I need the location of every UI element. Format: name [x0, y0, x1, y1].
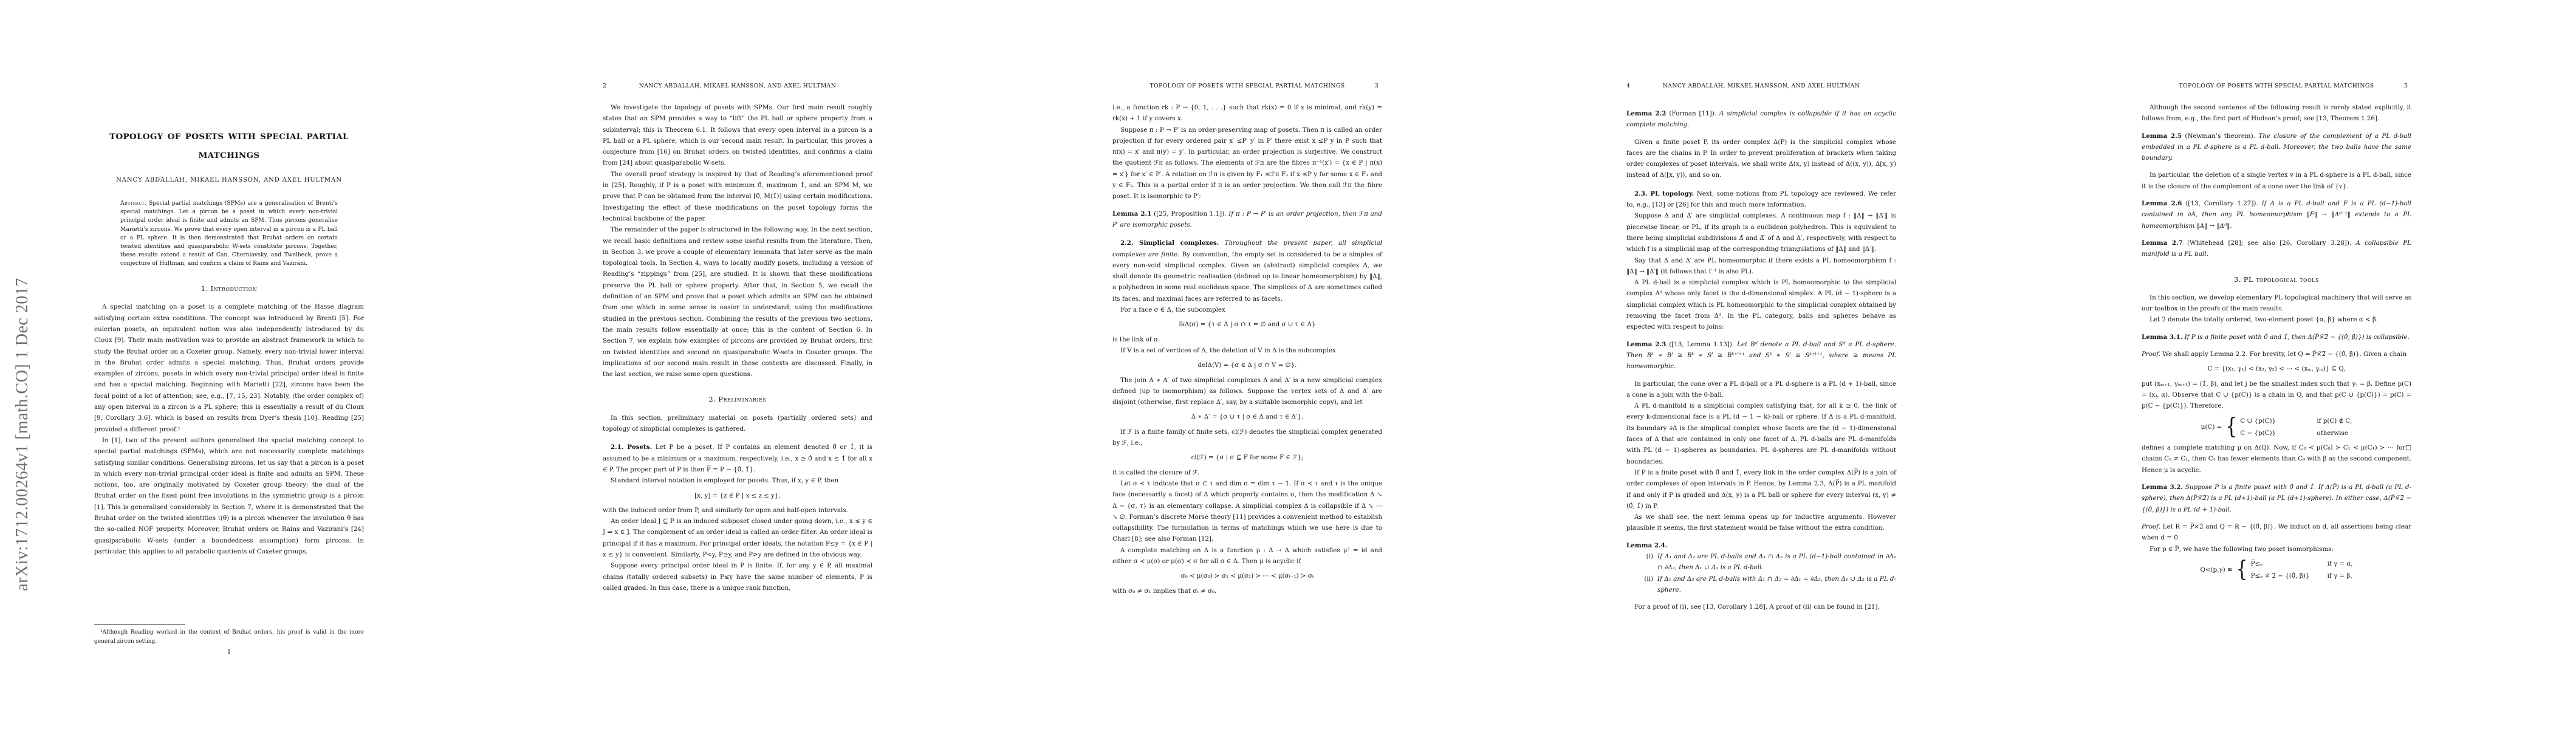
item-marker: (ii) [1637, 573, 1657, 596]
lemma-label: Lemma 2.4. [1626, 542, 1667, 549]
header-page-number-right [865, 83, 872, 89]
header-page-number-right [1889, 83, 1896, 89]
paragraph-text: An order ideal J ⊆ P is an induced subpo… [603, 518, 872, 558]
subsection-label: 2.1. Posets. [611, 443, 652, 451]
lemma-label: Lemma 3.2. [2142, 484, 2183, 491]
display-equation: [x, y] = {z ∈ P | x ≤ z ≤ y}, [603, 490, 872, 501]
display-equation: lkΔ(σ) = {τ ∈ Δ | σ ∩ τ = ∅ and σ ∪ τ ∈ … [1112, 319, 1382, 330]
subsection-label: 2.2. Simplicial complexes. [1120, 239, 1219, 247]
page-1: TOPOLOGY OF POSETS WITH SPECIAL PARTIAL … [94, 0, 364, 729]
paragraph-text: with σ₀ ≠ σ₁ implies that σₜ ≠ σ₀. [1112, 587, 1216, 595]
paragraph: In particular, the deletion of a single … [2142, 169, 2411, 192]
paragraph-text: In this section, preliminary material on… [603, 414, 872, 433]
lemma: Lemma 2.7 (Whitehead [28]; see also [26,… [2142, 238, 2411, 260]
case-condition: if γ = α, [2328, 558, 2353, 569]
paragraph-text: Suppose every principal order ideal in P… [603, 562, 872, 592]
lemma: Lemma 2.2 (Forman [11]). A simplicial co… [1626, 108, 1896, 131]
header-page-number-right: 3 [1375, 83, 1382, 89]
paragraph-text: In [1], two of the present authors gener… [94, 437, 364, 555]
paragraph-text: If V is a set of vertices of Δ, the dele… [1120, 347, 1336, 354]
running-header: TOPOLOGY OF POSETS WITH SPECIAL PARTIAL … [2142, 83, 2411, 89]
lemma-label: Lemma 3.1. [2142, 334, 2182, 341]
lemma: Lemma 3.1. If P is a finite poset with 0… [2142, 332, 2411, 343]
cases-lhs: Q<(p,γ) ≅ [2200, 564, 2232, 575]
cases-brace: { [2225, 416, 2237, 438]
paragraph-text: As we shall see, the next lemma opens up… [1626, 513, 1896, 532]
case-value: C − {p(C)} [2240, 428, 2306, 439]
cases-rows: C ∪ {p(C)}if p(C) ∉ C,C − {p(C)}otherwis… [2240, 416, 2352, 439]
header-page-number-left [2142, 83, 2149, 89]
case-condition: if γ = β, [2328, 570, 2352, 581]
paragraph-text: A special matching on a poset is a compl… [94, 303, 364, 433]
paragraph: Standard interval notation is employed f… [603, 475, 872, 486]
paragraph: is the link of σ. [1112, 334, 1382, 345]
paragraph: □defines a complete matching μ on Δ(Q). … [2142, 442, 2411, 476]
display-equation: Δ ∗ Δ′ = {σ ∪ τ | σ ∈ Δ and τ ∈ Δ′}. [1112, 411, 1382, 422]
cases-rows: P̅≤ₚif γ = α,P̅≤ₚ ×̅ 2̅ − {(0̂, β)}if γ … [2251, 558, 2353, 582]
paragraph-text: Suppose Δ and Δ′ are simplicial complexe… [1626, 212, 1896, 253]
case-condition: otherwise [2317, 428, 2348, 439]
paragraph-text: The join Δ ∗ Δ′ of two simplicial comple… [1112, 377, 1382, 406]
lemma-statement: Lemma 2.2 (Forman [11]). A simplicial co… [1626, 108, 1896, 131]
running-header: TOPOLOGY OF POSETS WITH SPECIAL PARTIAL … [1112, 83, 1382, 89]
cases-brace: { [2236, 559, 2248, 581]
page-body: Lemma 2.2 (Forman [11]). A simplicial co… [1626, 102, 1896, 612]
lemma-label: Lemma 2.6 [2142, 200, 2182, 207]
paragraph-text: In this section, we develop elementary P… [2142, 294, 2411, 312]
header-page-number-left: 4 [1626, 83, 1634, 89]
section-heading: 1. Introduction [94, 284, 364, 295]
header-page-number-left: 2 [603, 83, 610, 89]
page-body: i.e., a function rk : P → {0, 1, . . .} … [1112, 102, 1382, 597]
paper-title: TOPOLOGY OF POSETS WITH SPECIAL PARTIAL … [94, 128, 364, 165]
arxiv-watermark: arXiv:1712.00264v1 [math.CO] 1 Dec 2017 [13, 278, 32, 591]
paragraph: For p ∈ P̅, we have the following two po… [2142, 544, 2411, 555]
paragraph-text: A PL d-ball is a simplicial complex whic… [1626, 279, 1896, 330]
subsection-label: 2.3. PL topology. [1634, 190, 1694, 197]
lemma-list-item: (ii)If Δ₁ and Δ₂ are PL d-balls with Δ₁ … [1626, 573, 1896, 596]
section-heading: 3. PL topological tools [2142, 275, 2411, 286]
lemma-statement: Lemma 2.3 ([13, Lemma 1.13]). Let Bᵈ den… [1626, 339, 1896, 372]
paragraph: i.e., a function rk : P → {0, 1, . . .} … [1112, 102, 1382, 125]
paragraph: An order ideal J ⊆ P is an induced subpo… [603, 516, 872, 560]
lemma-text: If P is a finite poset with 0̂ and 1̂, t… [2182, 334, 2409, 341]
paragraph-text: defines a complete matching μ on Δ(Q). N… [2142, 444, 2411, 474]
page-2: 2NANCY ABDALLAH, MIKAEL HANSSON, AND AXE… [603, 0, 872, 729]
paragraph: In this section, preliminary material on… [603, 412, 872, 435]
case-value: C ∪ {p(C)} [2240, 416, 2306, 426]
proof: Proof. Let R = P̅×̅2̅ and Q = R − {(0̂, … [2142, 521, 2411, 544]
page-5: TOPOLOGY OF POSETS WITH SPECIAL PARTIAL … [2142, 0, 2411, 729]
cases-row: P̅≤ₚ ×̅ 2̅ − {(0̂, β)}if γ = β, [2251, 570, 2353, 581]
paragraph: Suppose π : P → P′ is an order-preservin… [1112, 125, 1382, 202]
lemma-note: ([13, Corollary 1.27]). [2182, 200, 2258, 207]
lemma-statement: Lemma 2.1 ([25, Proposition 1.1]). If π … [1112, 208, 1382, 231]
paper-screenshot: arXiv:1712.00264v1 [math.CO] 1 Dec 2017 … [0, 0, 2576, 729]
footnote-rule [94, 625, 185, 625]
cases-equation: Q<(p,γ) ≅{P̅≤ₚif γ = α,P̅≤ₚ ×̅ 2̅ − {(0̂… [2142, 558, 2411, 582]
paragraph: Say that Δ and Δ′ are PL homeomorphic if… [1626, 255, 1896, 278]
proof: Proof. We shall apply Lemma 2.2. For bre… [2142, 349, 2411, 360]
lemma-statement: Lemma 2.7 (Whitehead [28]; see also [26,… [2142, 238, 2411, 260]
lemma-statement: Lemma 2.6 ([13, Corollary 1.27]). If A i… [2142, 198, 2411, 231]
item-text: If Δ₁ and Δ₂ are PL d-balls and Δ₁ ∩ Δ₂ … [1657, 551, 1896, 573]
subsection: 2.1. Posets. Let P be a poset. If P cont… [603, 442, 872, 475]
lemma-label: Lemma 2.1 [1112, 210, 1151, 217]
paragraph-text: Say that Δ and Δ′ are PL homeomorphic if… [1626, 257, 1896, 275]
paragraph: Given a finite poset P, its order comple… [1626, 137, 1896, 181]
paragraph: The join Δ ∗ Δ′ of two simplicial comple… [1112, 375, 1382, 408]
lemma-note: (Forman [11]). [1666, 110, 1716, 117]
paragraph-text: Although the second sentence of the foll… [2142, 104, 2411, 122]
paragraph: If V is a set of vertices of Δ, the dele… [1112, 345, 1382, 356]
running-header: 2NANCY ABDALLAH, MIKAEL HANSSON, AND AXE… [603, 83, 872, 89]
lemma-label: Lemma 2.5 [2142, 132, 2182, 140]
page-body: TOPOLOGY OF POSETS WITH SPECIAL PARTIAL … [94, 128, 364, 557]
paragraph: A PL d-ball is a simplicial complex whic… [1626, 277, 1896, 332]
header-running-title: NANCY ABDALLAH, MIKAEL HANSSON, AND AXEL… [610, 83, 865, 89]
proof-label: Proof. [2142, 351, 2160, 358]
paragraph: with σ₀ ≠ σ₁ implies that σₜ ≠ σ₀. [1112, 586, 1382, 597]
lemma-list-item: (i)If Δ₁ and Δ₂ are PL d-balls and Δ₁ ∩ … [1626, 551, 1896, 573]
paragraph: Let 2 denote the totally ordered, two-el… [2142, 314, 2411, 325]
proof-text: We shall apply Lemma 2.2. For brevity, l… [2160, 351, 2406, 358]
qed-box: □ [2405, 442, 2411, 453]
subsection: 2.2. Simplicial complexes. Throughout th… [1112, 238, 1382, 304]
paragraph: with the induced order from P, and simil… [603, 505, 872, 516]
page-number: 1 [94, 649, 364, 655]
paragraph: For a proof of (i), see [13, Corollary 1… [1626, 601, 1896, 612]
paragraph: If P is a finite poset with 0̂ and 1̂, e… [1626, 467, 1896, 512]
paragraph: In particular, the cone over a PL d-ball… [1626, 378, 1896, 401]
lemma: Lemma 2.1 ([25, Proposition 1.1]). If π … [1112, 208, 1382, 231]
paragraph-text: If P is a finite poset with 0̂ and 1̂, e… [1626, 469, 1896, 510]
lemma-statement: Lemma 3.2. Suppose P is a finite poset w… [2142, 482, 2411, 515]
case-value: P̅≤ₚ ×̅ 2̅ − {(0̂, β)} [2251, 570, 2317, 581]
paragraph-text: If ℱ is a finite family of finite sets, … [1112, 428, 1382, 447]
paragraph: it is called the closure of ℱ. [1112, 467, 1382, 478]
header-running-title: TOPOLOGY OF POSETS WITH SPECIAL PARTIAL … [1120, 83, 1375, 89]
paragraph: A PL d-manifold is a simplicial complex … [1626, 400, 1896, 467]
lemma-note: ([13, Lemma 1.13]). [1666, 341, 1734, 348]
header-page-number-left [1112, 83, 1120, 89]
lemma-statement: Lemma 3.1. If P is a finite poset with 0… [2142, 332, 2411, 343]
proof-text: Let R = P̅×̅2̅ and Q = R − {(0̂, β)}. We… [2142, 523, 2411, 541]
footnote: ¹Although Reading worked in the context … [94, 625, 364, 646]
lemma: Lemma 2.5 (Newman’s theorem). The closur… [2142, 131, 2411, 164]
lemma: Lemma 2.6 ([13, Corollary 1.27]). If A i… [2142, 198, 2411, 231]
paragraph-text: i.e., a function rk : P → {0, 1, . . .} … [1112, 104, 1382, 122]
abstract: Abstract. Special partial matchings (SPM… [120, 199, 338, 268]
cases-row: C ∪ {p(C)}if p(C) ∉ C, [2240, 416, 2352, 426]
subsection-text: By convention, the empty set is consider… [1112, 251, 1382, 303]
display-equation: C = {(x₁, γ₁) < (x₂, γ₂) < ⋯ < (xₘ, γₘ)}… [2142, 363, 2411, 374]
page-body: Although the second sentence of the foll… [2142, 102, 2411, 585]
lemma-label: Lemma 2.2 [1626, 110, 1666, 117]
lemma: Lemma 2.4.(i)If Δ₁ and Δ₂ are PL d-balls… [1626, 540, 1896, 595]
paragraph-text: is the link of σ. [1112, 336, 1160, 343]
item-text: If Δ₁ and Δ₂ are PL d-balls with Δ₁ ∩ Δ₂… [1657, 573, 1896, 596]
cases-lhs: μ(C) = [2201, 422, 2222, 433]
lemma-label: Lemma 2.3 [1626, 341, 1666, 348]
lemma-statement: Lemma 2.5 (Newman’s theorem). The closur… [2142, 131, 2411, 164]
running-header: 4NANCY ABDALLAH, MIKAEL HANSSON, AND AXE… [1626, 83, 1896, 89]
paragraph-text: The overall proof strategy is inspired b… [603, 171, 872, 222]
section-heading: 2. Preliminaries [603, 394, 872, 405]
lemma-note: (Whitehead [28]; see also [26, Corollary… [2183, 239, 2351, 247]
cases-row: C − {p(C)}otherwise [2240, 428, 2352, 439]
abstract-text: Special partial matchings (SPMs) are a g… [120, 200, 338, 267]
paragraph-text: Suppose π : P → P′ is an order-preservin… [1112, 126, 1382, 200]
display-equation: σ₀ ≺ μ(σ₀) ≻ σ₁ ≺ μ(σ₁) ≻ ⋯ ≺ μ(σₜ₋₁) ≻ … [1112, 570, 1382, 581]
paragraph: As we shall see, the next lemma opens up… [1626, 512, 1896, 534]
lemma-label: Lemma 2.7 [2142, 239, 2183, 247]
page-3: TOPOLOGY OF POSETS WITH SPECIAL PARTIAL … [1112, 0, 1382, 729]
paragraph-text: For a face σ ∈ Δ, the subcomplex [1120, 306, 1225, 313]
paragraph: In [1], two of the present authors gener… [94, 435, 364, 557]
paragraph-text: with the induced order from P, and simil… [603, 507, 848, 514]
paragraph: Although the second sentence of the foll… [2142, 102, 2411, 125]
lemma-statement: Lemma 2.4. [1626, 540, 1896, 551]
paragraph: For a face σ ∈ Δ, the subcomplex [1112, 304, 1382, 315]
lemma: Lemma 2.3 ([13, Lemma 1.13]). Let Bᵈ den… [1626, 339, 1896, 372]
paragraph-text: Standard interval notation is employed f… [611, 477, 838, 484]
paragraph-text: A PL d-manifold is a simplicial complex … [1626, 402, 1896, 465]
paragraph: Suppose every principal order ideal in P… [603, 560, 872, 594]
paragraph-text: Let 2 denote the totally ordered, two-el… [2150, 316, 2378, 323]
paragraph-text: For a proof of (i), see [13, Corollary 1… [1634, 603, 1880, 611]
paragraph-text: In particular, the cone over a PL d-ball… [1626, 380, 1896, 399]
subsection: 2.3. PL topology. Next, some notions fro… [1626, 188, 1896, 211]
paragraph-text: A complete matching on Δ is a function μ… [1112, 547, 1382, 565]
display-equation: delΔ(V) = {σ ∈ Δ | σ ∩ V = ∅}. [1112, 360, 1382, 371]
lemma-note: ([25, Proposition 1.1]). [1151, 210, 1226, 217]
paragraph-text: Let σ ≺ τ indicate that σ ⊂ τ and dim σ … [1112, 480, 1382, 542]
paragraph: In this section, we develop elementary P… [2142, 292, 2411, 315]
authors-line: NANCY ABDALLAH, MIKAEL HANSSON, AND AXEL… [94, 175, 364, 186]
paragraph: put (xₘ₊₁, γₘ₊₁) = (1̂, β), and let j be… [2142, 378, 2411, 412]
page-body: We investigate the topology of posets wi… [603, 102, 872, 594]
paragraph-text: We investigate the topology of posets wi… [603, 104, 872, 166]
header-running-title: NANCY ABDALLAH, MIKAEL HANSSON, AND AXEL… [1634, 83, 1889, 89]
lemma: Lemma 3.2. Suppose P is a finite poset w… [2142, 482, 2411, 515]
cases-equation: μ(C) ={C ∪ {p(C)}if p(C) ∉ C,C − {p(C)}o… [2142, 416, 2411, 439]
paragraph: Suppose Δ and Δ′ are simplicial complexe… [1626, 210, 1896, 255]
paragraph-text: In particular, the deletion of a single … [2142, 171, 2411, 190]
paragraph: A complete matching on Δ is a function μ… [1112, 545, 1382, 567]
footnote-text: ¹Although Reading worked in the context … [94, 628, 364, 646]
proof-label: Proof. [2142, 523, 2160, 530]
paragraph: We investigate the topology of posets wi… [603, 102, 872, 169]
item-marker: (i) [1637, 551, 1657, 573]
paragraph-text: The remainder of the paper is structured… [603, 226, 872, 378]
paragraph: The remainder of the paper is structured… [603, 224, 872, 380]
page-4: 4NANCY ABDALLAH, MIKAEL HANSSON, AND AXE… [1626, 0, 1896, 729]
paragraph-text: Given a finite poset P, its order comple… [1626, 139, 1896, 179]
cases-row: P̅≤ₚif γ = α, [2251, 558, 2353, 569]
header-running-title: TOPOLOGY OF POSETS WITH SPECIAL PARTIAL … [2149, 83, 2404, 89]
paragraph-text: For p ∈ P̅, we have the following two po… [2150, 546, 2334, 553]
paragraph-text: put (xₘ₊₁, γₘ₊₁) = (1̂, β), and let j be… [2142, 380, 2411, 410]
header-page-number-right: 5 [2404, 83, 2411, 89]
case-condition: if p(C) ∉ C, [2317, 416, 2352, 426]
lemma-note: (Newman’s theorem). [2182, 132, 2255, 140]
abstract-label: Abstract. [120, 200, 146, 207]
case-value: P̅≤ₚ [2251, 558, 2317, 569]
paragraph-text: it is called the closure of ℱ. [1112, 469, 1199, 476]
paragraph: If ℱ is a finite family of finite sets, … [1112, 426, 1382, 449]
display-equation: cl(ℱ) = {σ | σ ⊆ F for some F ∈ ℱ}; [1112, 452, 1382, 463]
paragraph: Let σ ≺ τ indicate that σ ⊂ τ and dim σ … [1112, 478, 1382, 545]
paragraph: The overall proof strategy is inspired b… [603, 169, 872, 224]
paragraph: A special matching on a poset is a compl… [94, 301, 364, 435]
